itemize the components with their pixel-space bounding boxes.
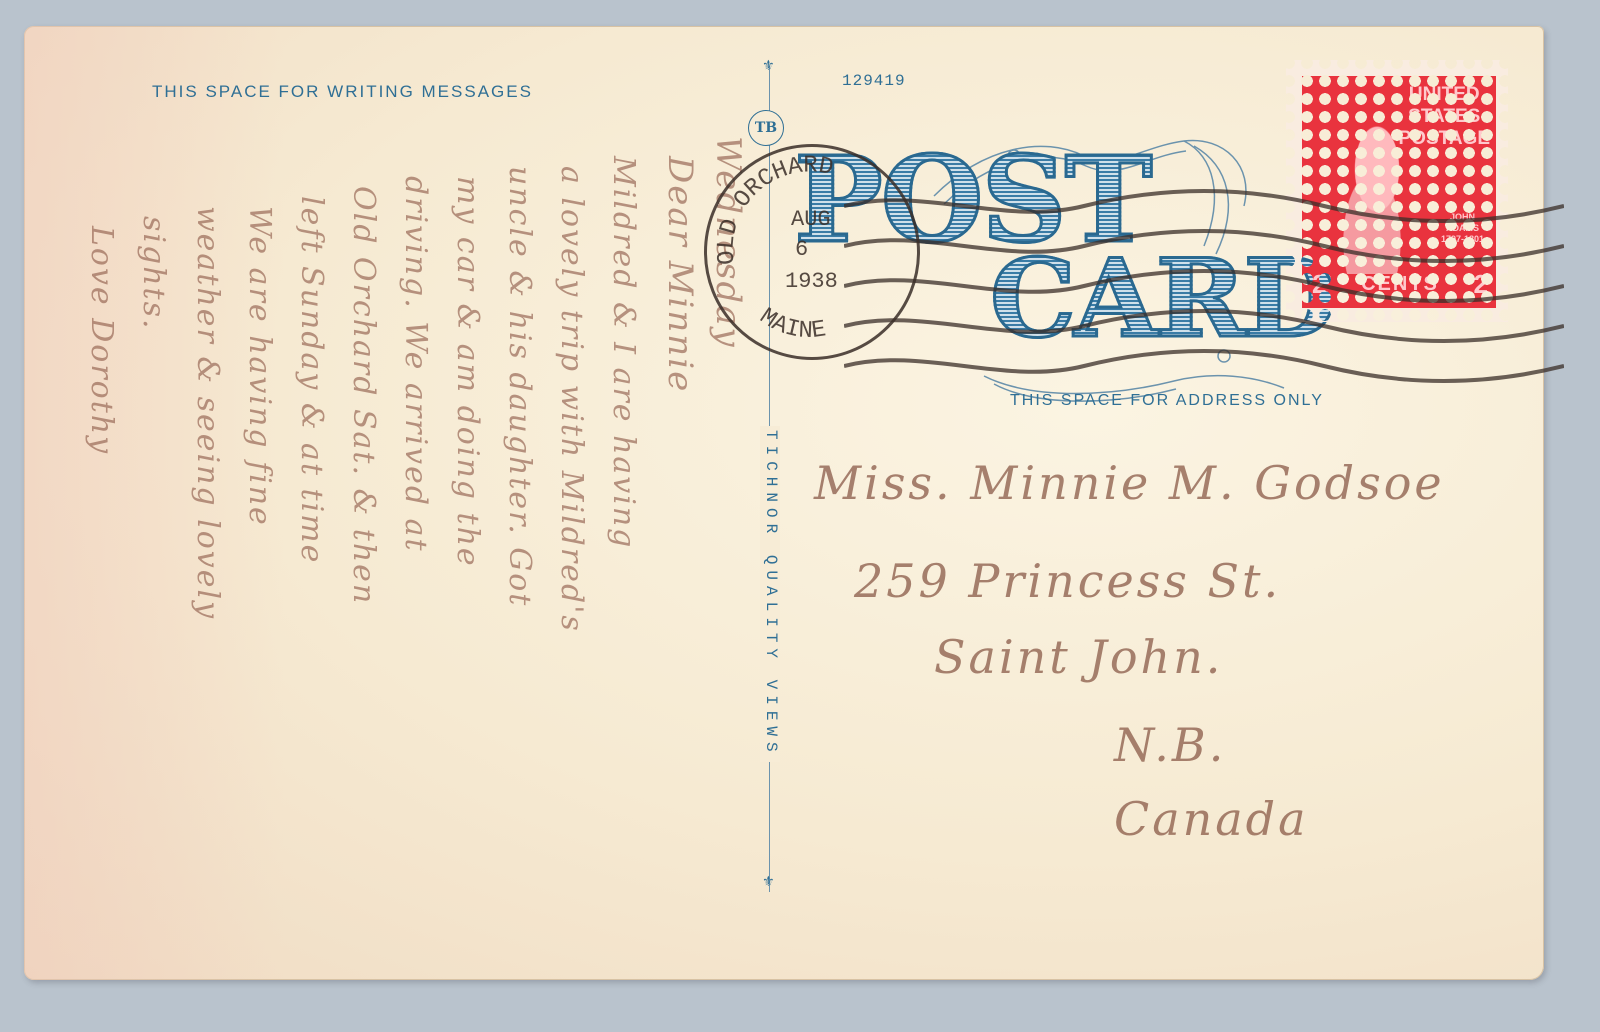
address-province: N.B. <box>1114 718 1226 772</box>
postmark-month: AUG <box>791 207 831 232</box>
message-line: sights. <box>136 216 171 616</box>
address-country: Canada <box>1114 792 1309 846</box>
message-line: Dear Minnie <box>660 156 700 716</box>
message-line: weather & seeing lovely <box>190 206 225 966</box>
message-line: Mildred & I are having <box>606 156 641 856</box>
address-city: Saint John. <box>934 630 1223 684</box>
address-recipient: Miss. Minnie M. Godsoe <box>814 456 1445 510</box>
message-area-header: THIS SPACE FOR WRITING MESSAGES <box>152 82 533 102</box>
divider-text: TICHNOR QUALITY VIEWS <box>760 426 780 762</box>
message-line: uncle & his daughter. Got <box>502 166 537 966</box>
postmark-year: 1938 <box>785 269 838 294</box>
message-line: a lovely trip with Mildred's <box>554 166 589 966</box>
message-line: driving. We arrived at <box>398 176 433 966</box>
cancellation-lines <box>844 176 1564 406</box>
message-line: Old Orchard Sat. & then <box>346 186 381 976</box>
message-signature: Love Dorothy <box>84 226 119 966</box>
message-line: We are having fine <box>242 206 277 966</box>
printer-monogram: TB <box>755 120 777 136</box>
postmark-day: 6 <box>795 237 808 262</box>
fleur-ornament-icon: ⚜ <box>762 58 775 74</box>
svg-text:MAINE: MAINE <box>754 304 828 346</box>
fleur-ornament-icon: ⚜ <box>762 874 775 890</box>
message-line: left Sunday & at time <box>294 196 329 976</box>
address-street: 259 Princess St. <box>854 554 1281 608</box>
postcard-back: THIS SPACE FOR WRITING MESSAGES Wednesda… <box>24 26 1544 980</box>
serial-number: 129419 <box>842 72 906 90</box>
address-area-header: THIS SPACE FOR ADDRESS ONLY <box>1010 392 1324 410</box>
message-line: my car & am doing the <box>450 176 485 966</box>
printer-logo: TB <box>748 110 784 146</box>
